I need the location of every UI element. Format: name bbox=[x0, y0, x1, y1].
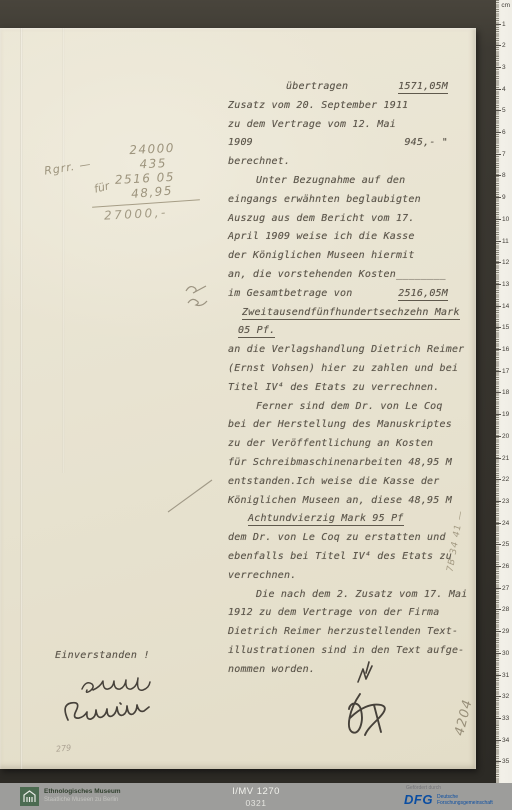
ruler-cm-tick: 6 bbox=[496, 129, 512, 136]
typed-line-text: im Gesamtbetrage von bbox=[228, 288, 352, 299]
typed-line: 1912 zu dem Vertrage von der Firma bbox=[228, 607, 450, 626]
ruler-cm-tick: 35 bbox=[496, 758, 512, 765]
typed-line-text: Ferner sind dem Dr. von Le Coq bbox=[256, 401, 443, 412]
ruler-cm-tick: 12 bbox=[496, 259, 512, 266]
paper-fold-crease bbox=[62, 28, 65, 473]
ruler-unit-label: cm bbox=[501, 2, 510, 9]
typed-line: zu der Veröffentlichung an Kosten bbox=[228, 438, 450, 457]
typed-line-text: Die nach dem 2. Zusatz vom 17. Mai bbox=[256, 589, 468, 600]
typed-line: eingangs erwähnten beglaubigten bbox=[228, 194, 450, 213]
typed-line-text: (Ernst Vohsen) hier zu zahlen und bei bbox=[228, 363, 458, 374]
typed-line-text: zu dem Vertrage vom 12. Mai bbox=[228, 119, 396, 130]
typed-line: Titel IV⁴ des Etats zu verrechnen. bbox=[228, 382, 450, 401]
ruler-cm-tick: 5 bbox=[496, 107, 512, 114]
typed-line: Achtundvierzig Mark 95 Pf bbox=[228, 513, 450, 532]
ruler-cm-tick: 8 bbox=[496, 172, 512, 179]
typed-line-text: Unter Bezugnahme auf den bbox=[256, 175, 405, 186]
typed-line: verrechnen. bbox=[228, 570, 450, 589]
typed-line-text: nommen worden. bbox=[228, 664, 315, 675]
typed-line-text: der Königlichen Museen hiermit bbox=[228, 250, 415, 261]
typed-line-text: Achtundvierzig Mark 95 Pf bbox=[248, 513, 404, 525]
typed-line: im Gesamtbetrage von2516,05M bbox=[228, 288, 450, 307]
archive-info-bar: Ethnologisches Museum Staatliche Museen … bbox=[0, 783, 512, 810]
typed-line: zu dem Vertrage vom 12. Mai bbox=[228, 119, 450, 138]
typed-line-text: Zusatz vom 20. September 1911 bbox=[228, 100, 408, 111]
ruler-cm-tick: 26 bbox=[496, 563, 512, 570]
ruler-cm-tick: 32 bbox=[496, 693, 512, 700]
typed-line-text: 1912 zu dem Vertrage von der Firma bbox=[228, 607, 440, 618]
typed-line-text: Königlichen Museen an, diese 48,95 M bbox=[228, 495, 452, 506]
ruler-cm-tick: 22 bbox=[496, 476, 512, 483]
typed-line-text: ebenfalls bei Titel IV⁴ des Etats zu bbox=[228, 551, 452, 562]
typed-line-text: April 1909 weise ich die Kasse bbox=[228, 231, 415, 242]
typed-line-amount: 1571,05M bbox=[398, 81, 448, 93]
ruler-cm-tick: 29 bbox=[496, 628, 512, 635]
ruler-cm-tick: 14 bbox=[496, 303, 512, 310]
ruler-cm-tick: 3 bbox=[496, 64, 512, 71]
ruler-cm-tick: 28 bbox=[496, 606, 512, 613]
typed-line: Dietrich Reimer herzustellenden Text- bbox=[228, 626, 450, 645]
typed-line: 05 Pf. bbox=[228, 325, 450, 344]
typed-line-text: entstanden.Ich weise die Kasse der bbox=[228, 476, 440, 487]
typed-line: Unter Bezugnahme auf den bbox=[228, 175, 450, 194]
ruler-cm-tick: 23 bbox=[496, 498, 512, 505]
ruler-cm-tick: 19 bbox=[496, 411, 512, 418]
scan-canvas: { "scan": { "ruler": { "unit_label": "cm… bbox=[0, 0, 512, 810]
typed-line: April 1909 weise ich die Kasse bbox=[228, 231, 450, 250]
funder-block: Gefördert durch DFG Deutsche Forschungsg… bbox=[392, 785, 502, 807]
typed-line: 1909945,- " bbox=[228, 137, 450, 156]
typed-line-text: illustrationen sind in den Text aufge- bbox=[228, 645, 464, 656]
signature-gruenwedel bbox=[56, 694, 154, 734]
ruler-cm-tick: 10 bbox=[496, 216, 512, 223]
ruler-cm-tick: 20 bbox=[496, 433, 512, 440]
ruler-cm-tick: 1 bbox=[496, 21, 512, 28]
ruler-cm-tick: 30 bbox=[496, 650, 512, 657]
ruler-cm-tick: 34 bbox=[496, 737, 512, 744]
ruler-cm-tick: 18 bbox=[496, 389, 512, 396]
typed-line-text: Auszug aus dem Bericht vom 17. bbox=[228, 213, 415, 224]
typed-line: Ferner sind dem Dr. von Le Coq bbox=[228, 401, 450, 420]
pencil-corner-number: 279 bbox=[56, 743, 72, 754]
typed-line: Auszug aus dem Bericht vom 17. bbox=[228, 213, 450, 232]
typed-line: der Königlichen Museen hiermit bbox=[228, 250, 450, 269]
typed-line-text: dem Dr. von Le Coq zu erstatten und bbox=[228, 532, 446, 543]
ruler-cm-tick: 21 bbox=[496, 455, 512, 462]
typed-line: übertragen1571,05M bbox=[228, 81, 450, 100]
typed-text: übertragen1571,05MZusatz vom 20. Septemb… bbox=[228, 81, 450, 683]
typed-line-text: zu der Veröffentlichung an Kosten bbox=[228, 438, 433, 449]
pencil-diagonal-stroke bbox=[164, 476, 216, 516]
typed-line-text: Zweitausendfünfhundertsechzehn Mark bbox=[242, 307, 460, 319]
typed-line-text: eingangs erwähnten beglaubigten bbox=[228, 194, 421, 205]
agreement-line: Einverstanden ! bbox=[55, 650, 150, 661]
ruler-cm-tick: 7 bbox=[496, 151, 512, 158]
typed-line: Zweitausendfünfhundertsechzehn Mark bbox=[228, 307, 450, 326]
funder-name: Deutsche Forschungsgemeinschaft bbox=[437, 794, 493, 806]
ruler-cm-tick: 33 bbox=[496, 715, 512, 722]
typed-line: dem Dr. von Le Coq zu erstatten und bbox=[228, 532, 450, 551]
typed-line: entstanden.Ich weise die Kasse der bbox=[228, 476, 450, 495]
ruler-cm-tick: 11 bbox=[496, 238, 512, 245]
pencil-check-mark bbox=[181, 282, 217, 312]
typed-line-text: bei der Herstellung des Manuskriptes bbox=[228, 419, 452, 430]
typed-line: Zusatz vom 20. September 1911 bbox=[228, 100, 450, 119]
typed-line: an die Verlagshandlung Dietrich Reimer bbox=[228, 344, 450, 363]
typed-line-text: Dietrich Reimer herzustellenden Text- bbox=[228, 626, 458, 637]
ruler-cm-tick: 17 bbox=[496, 368, 512, 375]
typed-line-text: übertragen bbox=[286, 81, 348, 92]
typed-line-text: an, die vorstehenden Kosten________ bbox=[228, 269, 446, 280]
typed-line-text: 1909 bbox=[228, 137, 253, 148]
typed-line-amount: 2516,05M bbox=[398, 288, 448, 300]
typed-line-text: verrechnen. bbox=[228, 570, 296, 581]
typed-line-text: berechnet. bbox=[228, 156, 290, 167]
typed-line: für Schreibmaschinenarbeiten 48,95 M bbox=[228, 457, 450, 476]
ruler-cm-tick: 2 bbox=[496, 42, 512, 49]
typed-line: an, die vorstehenden Kosten________ bbox=[228, 269, 450, 288]
ruler-cm-tick: 16 bbox=[496, 346, 512, 353]
typed-line-text: an die Verlagshandlung Dietrich Reimer bbox=[228, 344, 464, 355]
ruler-cm-tick: 27 bbox=[496, 585, 512, 592]
funder-name-line2: Forschungsgemeinschaft bbox=[437, 800, 493, 806]
ruler-cm-tick: 4 bbox=[496, 86, 512, 93]
typed-line: (Ernst Vohsen) hier zu zahlen und bei bbox=[228, 363, 450, 382]
typed-line: bei der Herstellung des Manuskriptes bbox=[228, 419, 450, 438]
typed-line: Königlichen Museen an, diese 48,95 M bbox=[228, 495, 450, 514]
typed-line: berechnet. bbox=[228, 156, 450, 175]
paper-fold-crease bbox=[20, 28, 23, 769]
ruler-cm-tick: 31 bbox=[496, 672, 512, 679]
signature-initials bbox=[336, 658, 398, 740]
ruler-cm-tick: 13 bbox=[496, 281, 512, 288]
typed-line-text: für Schreibmaschinenarbeiten 48,95 M bbox=[228, 457, 452, 468]
ruler-cm-tick: 24 bbox=[496, 520, 512, 527]
typed-line: Die nach dem 2. Zusatz vom 17. Mai bbox=[228, 589, 450, 608]
ruler-cm-tick: 9 bbox=[496, 194, 512, 201]
dfg-logo: DFG bbox=[404, 792, 433, 807]
ruler-cm-tick: 15 bbox=[496, 324, 512, 331]
typed-line-amount: 945,- " bbox=[404, 137, 448, 148]
ruler-cm-tick: 25 bbox=[496, 541, 512, 548]
typed-line-text: 05 Pf. bbox=[238, 325, 275, 337]
typed-line-text: Titel IV⁴ des Etats zu verrechnen. bbox=[228, 382, 440, 393]
typed-line: ebenfalls bei Titel IV⁴ des Etats zu bbox=[228, 551, 450, 570]
scale-ruler: cm 1234567891011121314151617181920212223… bbox=[496, 0, 512, 783]
funding-label: Gefördert durch bbox=[406, 785, 502, 791]
